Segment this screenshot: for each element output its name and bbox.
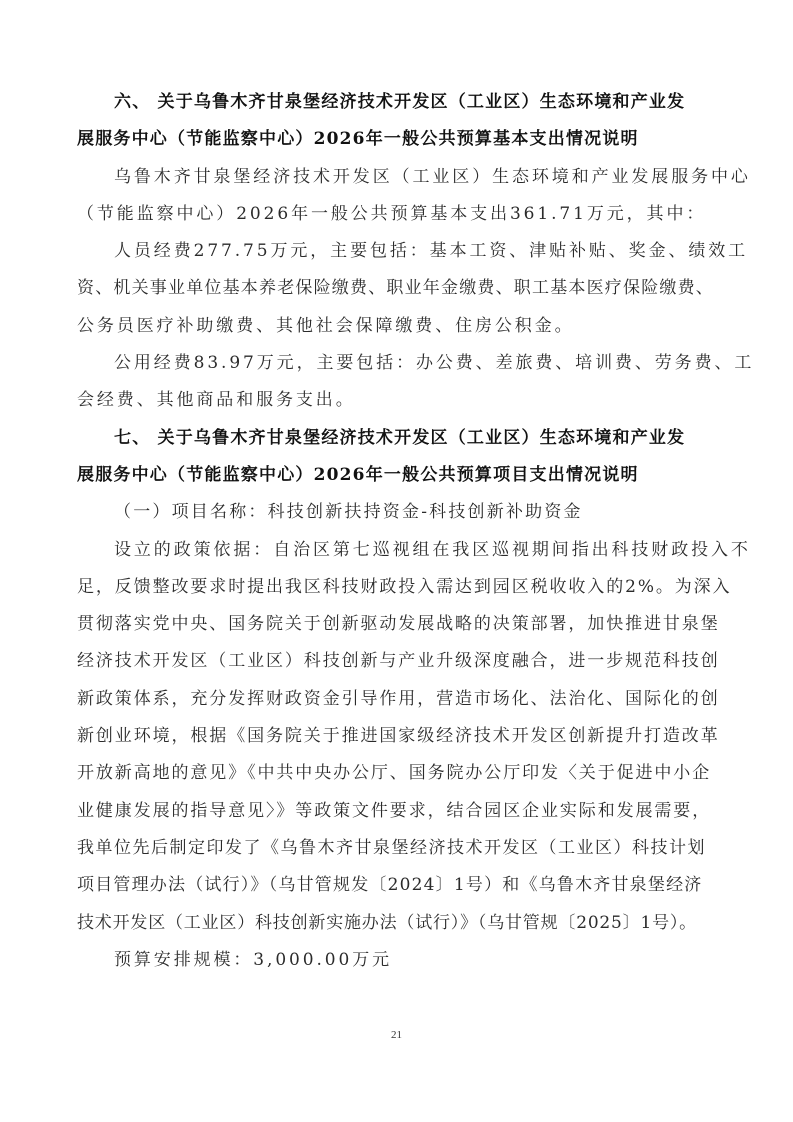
personnel-expenses-line-1: 人员经费277.75万元，主要包括：基本工资、津贴补贴、奖金、绩效工 — [77, 233, 719, 270]
basic-expenditure-line-1: 乌鲁木齐甘泉堡经济技术开发区（工业区）生态环境和产业发展服务中心 — [77, 159, 719, 196]
policy-basis-line-5: 新政策体系，充分发挥财政资金引导作用，营造市场化、法治化、国际化的创 — [77, 681, 719, 718]
policy-basis-line-1: 设立的政策依据：自治区第七巡视组在我区巡视期间指出科技财政投入不 — [77, 532, 719, 569]
public-expenses-line-2: 会经费、其他商品和服务支出。 — [77, 382, 719, 419]
budget-scale: 预算安排规模：3,000.00万元 — [77, 942, 719, 979]
section-7-heading-line-2: 展服务中心（节能监察中心）2026年一般公共预算项目支出情况说明 — [77, 457, 719, 494]
personnel-expenses-line-2: 资、机关事业单位基本养老保险缴费、职业年金缴费、职工基本医疗保险缴费、 — [77, 270, 719, 307]
section-6-heading-line-1: 六、 关于乌鲁木齐甘泉堡经济技术开发区（工业区）生态环境和产业发 — [77, 84, 719, 121]
section-7-heading-line-1: 七、 关于乌鲁木齐甘泉堡经济技术开发区（工业区）生态环境和产业发 — [77, 420, 719, 457]
policy-basis-line-10: 项目管理办法（试行）》（乌甘管规发〔2024〕1号）和《乌鲁木齐甘泉堡经济 — [77, 867, 719, 904]
policy-basis-line-3: 贯彻落实党中央、国务院关于创新驱动发展战略的决策部署，加快推进甘泉堡 — [77, 606, 719, 643]
basic-expenditure-line-2: （节能监察中心）2026年一般公共预算基本支出361.71万元，其中： — [77, 196, 719, 233]
project-title: （一）项目名称：科技创新扶持资金-科技创新补助资金 — [77, 494, 719, 531]
personnel-expenses-line-3: 公务员医疗补助缴费、其他社会保障缴费、住房公积金。 — [77, 308, 719, 345]
public-expenses-line-1: 公用经费83.97万元，主要包括：办公费、差旅费、培训费、劳务费、工 — [77, 345, 719, 382]
section-6-heading-line-2: 展服务中心（节能监察中心）2026年一般公共预算基本支出情况说明 — [77, 121, 719, 158]
document-page: 六、 关于乌鲁木齐甘泉堡经济技术开发区（工业区）生态环境和产业发 展服务中心（节… — [77, 84, 719, 979]
policy-basis-line-11: 技术开发区（工业区）科技创新实施办法（试行）》（乌甘管规〔2025〕1号）。 — [77, 905, 719, 942]
policy-basis-line-4: 经济技术开发区（工业区）科技创新与产业升级深度融合，进一步规范科技创 — [77, 643, 719, 680]
policy-basis-line-8: 业健康发展的指导意见〉》等政策文件要求，结合园区企业实际和发展需要， — [77, 793, 719, 830]
policy-basis-line-7: 开放新高地的意见》《中共中央办公厅、国务院办公厅印发〈关于促进中小企 — [77, 755, 719, 792]
policy-basis-line-2: 足，反馈整改要求时提出我区科技财政投入需达到园区税收收入的2%。为深入 — [77, 569, 719, 606]
page-number: 21 — [0, 1029, 793, 1041]
policy-basis-line-9: 我单位先后制定印发了《乌鲁木齐甘泉堡经济技术开发区（工业区）科技计划 — [77, 830, 719, 867]
policy-basis-line-6: 新创业环境，根据《国务院关于推进国家级经济技术开发区创新提升打造改革 — [77, 718, 719, 755]
